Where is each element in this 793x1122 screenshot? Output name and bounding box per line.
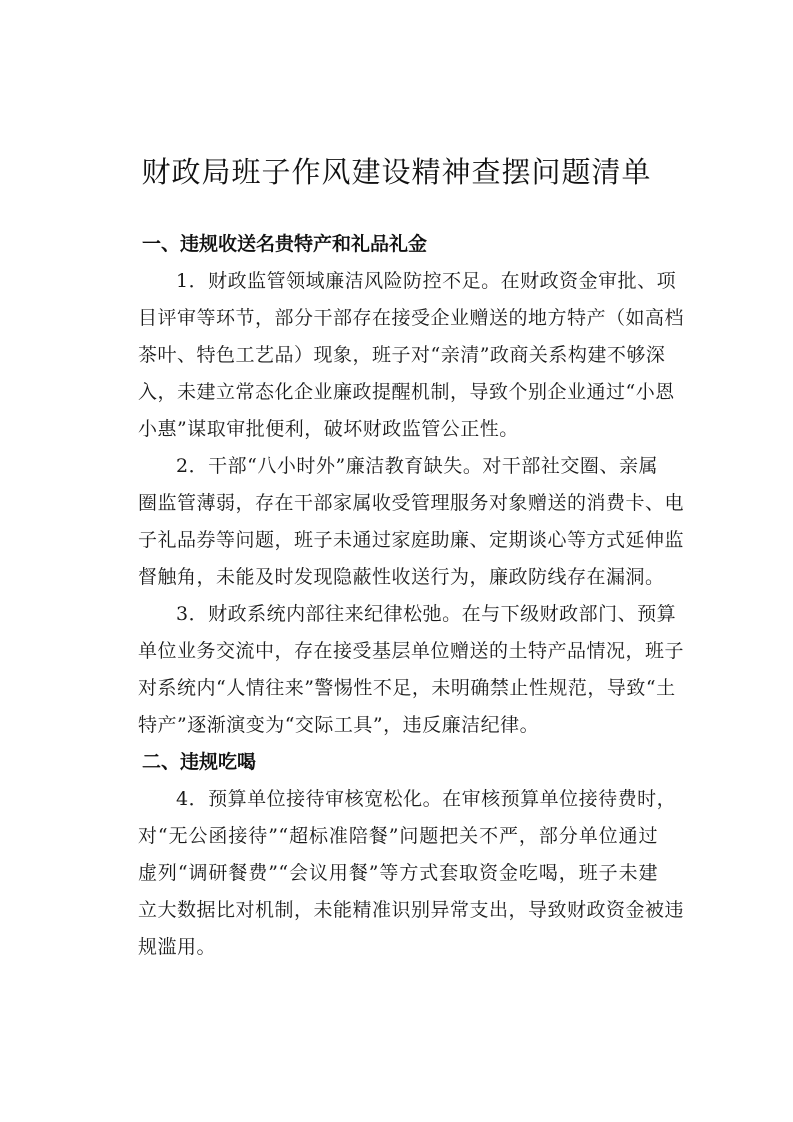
paragraph-line: 规滥用。 [138,929,658,966]
paragraph-line: 督触角，未能及时发现隐蔽性收送行为，廉政防线存在漏洞。 [138,559,658,596]
document-title: 财政局班子作风建设精神查摆问题清单 [0,152,793,192]
section-heading: 一、违规收送名贵特产和礼品礼金 [138,226,658,263]
paragraph-line: 2．干部“八小时外”廉洁教育缺失。对干部社交圈、亲属 [138,448,658,485]
paragraph-line: 特产”逐渐演变为“交际工具”，违反廉洁纪律。 [138,707,658,744]
paragraph-line: 子礼品券等问题，班子未通过家庭助廉、定期谈心等方式延伸监 [138,522,658,559]
paragraph-line: 立大数据比对机制，未能精准识别异常支出，导致财政资金被违 [138,892,658,929]
paragraph-line: 1．财政监管领域廉洁风险防控不足。在财政资金审批、项 [138,263,658,300]
list-item: 2．干部“八小时外”廉洁教育缺失。对干部社交圈、亲属 圈监管薄弱，存在干部家属收… [138,448,658,596]
paragraph-line: 圈监管薄弱，存在干部家属收受管理服务对象赠送的消费卡、电 [138,485,658,522]
document-page: 财政局班子作风建设精神查摆问题清单 一、违规收送名贵特产和礼品礼金 1．财政监管… [0,0,793,1122]
paragraph-line: 4．预算单位接待审核宽松化。在审核预算单位接待费时， [138,781,658,818]
paragraph-line: 虚列“调研餐费”“会议用餐”等方式套取资金吃喝，班子未建 [138,855,658,892]
paragraph-line: 3．财政系统内部往来纪律松弛。在与下级财政部门、预算 [138,596,658,633]
list-item: 3．财政系统内部往来纪律松弛。在与下级财政部门、预算 单位业务交流中，存在接受基… [138,596,658,744]
paragraph-line: 对“无公函接待”“超标准陪餐”问题把关不严，部分单位通过 [138,818,658,855]
list-item: 1．财政监管领域廉洁风险防控不足。在财政资金审批、项 目评审等环节，部分干部存在… [138,263,658,448]
list-item: 4．预算单位接待审核宽松化。在审核预算单位接待费时， 对“无公函接待”“超标准陪… [138,781,658,966]
section-heading: 二、违规吃喝 [138,744,658,781]
paragraph-line: 茶叶、特色工艺品）现象，班子对“亲清”政商关系构建不够深 [138,337,658,374]
paragraph-line: 目评审等环节，部分干部存在接受企业赠送的地方特产（如高档 [138,300,658,337]
paragraph-line: 入，未建立常态化企业廉政提醒机制，导致个别企业通过“小恩 [138,374,658,411]
paragraph-line: 对系统内“人情往来”警惕性不足，未明确禁止性规范，导致“土 [138,670,658,707]
paragraph-line: 小惠”谋取审批便利，破坏财政监管公正性。 [138,411,658,448]
paragraph-line: 单位业务交流中，存在接受基层单位赠送的土特产品情况，班子 [138,633,658,670]
document-body: 一、违规收送名贵特产和礼品礼金 1．财政监管领域廉洁风险防控不足。在财政资金审批… [138,226,658,966]
